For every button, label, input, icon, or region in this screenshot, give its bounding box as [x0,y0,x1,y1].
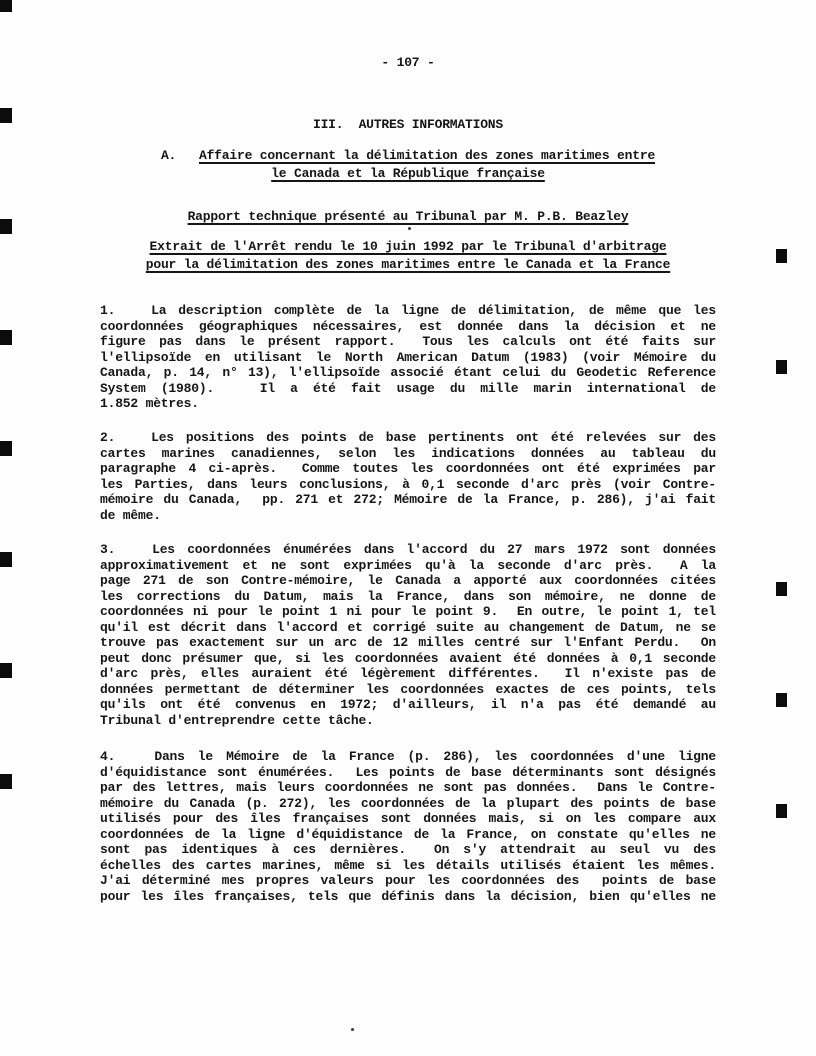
scan-registration-mark [0,0,12,12]
extract-heading-line1: Extrait de l'Arrêt rendu le 10 juin 1992… [150,239,667,254]
paragraph-line: de même. [100,508,716,524]
paragraph-line: les Parties, dans leurs conclusions, à 0… [100,477,716,493]
paragraph-line: d'équidistance sont énumérées. Les point… [100,765,716,781]
scan-registration-mark [0,330,12,345]
paragraph-3: 3. Les coordonnées énumérées dans l'acco… [100,542,716,728]
scan-registration-mark [776,582,787,596]
scan-registration-mark [0,108,12,123]
case-heading-line2: le Canada et la République française [271,166,545,181]
paragraph-line: System (1980). Il a été fait usage du mi… [100,381,716,397]
paragraph-line: paragraphe 4 ci-après. Comme toutes les … [100,461,716,477]
paragraph-line: 3. Les coordonnées énumérées dans l'acco… [100,542,716,558]
paragraph-line: cartes marines canadiennes, selon les in… [100,446,716,462]
paragraph-line: coordonnées géographiques nécessaires, e… [100,319,716,335]
paragraph-line: peut donc présumer que, si les coordonné… [100,651,716,667]
case-heading-label: A. [161,148,176,163]
paragraph-line: figure pas dans le présent rapport. Tous… [100,334,716,350]
paragraph-4: 4. Dans le Mémoire de la France (p. 286)… [100,749,716,904]
scan-speckle [351,1028,354,1031]
paragraph-line: 1. La description complète de la ligne d… [100,303,716,319]
paragraph-line: échelles des cartes marines, même si les… [100,858,716,874]
paragraph-line: utilisés pour des îles françaises sont d… [100,811,716,827]
scan-registration-mark [776,360,787,374]
report-heading-wrap: Rapport technique présenté au Tribunal p… [100,208,716,226]
extract-heading-line2-wrap: pour la délimitation des zones maritimes… [100,256,716,274]
extract-heading-line2: pour la délimitation des zones maritimes… [146,257,671,272]
case-heading: A. Affaire concernant la délimitation de… [100,147,716,165]
paragraph-line: 2. Les positions des points de base pert… [100,430,716,446]
case-heading-line1: Affaire concernant la délimitation des z… [199,148,655,163]
paragraph-line: les corrections du Datum, mais la France… [100,589,716,605]
paragraph-line: mémoire du Canada, pp. 271 et 272; Mémoi… [100,492,716,508]
page-number: - 107 - [100,54,716,72]
paragraph-line: Tribunal d'entreprendre cette tâche. [100,713,716,729]
paragraph-line: mémoire du Canada (p. 272), les coordonn… [100,796,716,812]
scan-registration-mark [0,774,12,789]
paragraph-line: 1.852 mètres. [100,396,716,412]
paragraph-line: l'ellipsoïde en utilisant le North Ameri… [100,350,716,366]
scan-registration-mark [776,249,787,263]
scan-registration-mark [0,441,12,456]
paragraph-line: d'arc près, elles auraient été légèremen… [100,666,716,682]
paragraph-line: qu'ils ont été convenus en 1972; d'aille… [100,697,716,713]
paragraph-line: trouve pas exactement sur un arc de 12 m… [100,635,716,651]
paragraph-line: approximativement et ne sont exprimées q… [100,558,716,574]
paragraph-line: sont pas identiques à ces dernières. On … [100,842,716,858]
section-title: III. AUTRES INFORMATIONS [100,116,716,134]
report-heading: Rapport technique présenté au Tribunal p… [188,209,629,224]
case-heading-line2-wrap: le Canada et la République française [100,165,716,183]
paragraph-2: 2. Les positions des points de base pert… [100,430,716,523]
extract-heading-line1-wrap: Extrait de l'Arrêt rendu le 10 juin 1992… [100,238,716,256]
paragraph-line: Canada, p. 14, n° 13), l'ellipsoïde asso… [100,365,716,381]
scan-registration-mark [0,663,12,678]
paragraph-line: 4. Dans le Mémoire de la France (p. 286)… [100,749,716,765]
scan-speckle [408,227,411,230]
scan-registration-mark [776,693,787,707]
paragraph-line: coordonnées de la ligne d'équidistance d… [100,827,716,843]
scan-registration-mark [0,552,12,567]
paragraph-line: coordonnées ni pour le point 1 ni pour l… [100,604,716,620]
paragraph-line: données permettant de déterminer les coo… [100,682,716,698]
paragraph-line: par des lettres, mais leurs coordonnées … [100,780,716,796]
paragraph-line: page 271 de son Contre-mémoire, le Canad… [100,573,716,589]
paragraph-line: pour les îles françaises, tels que défin… [100,889,716,905]
scan-registration-mark [0,219,12,234]
document-page: - 107 - III. AUTRES INFORMATIONS A. Affa… [0,0,816,1056]
paragraph-1: 1. La description complète de la ligne d… [100,303,716,412]
paragraph-line: qu'il est décrit dans l'accord et corrig… [100,620,716,636]
scan-registration-mark [776,804,787,818]
paragraph-line: J'ai déterminé mes propres valeurs pour … [100,873,716,889]
